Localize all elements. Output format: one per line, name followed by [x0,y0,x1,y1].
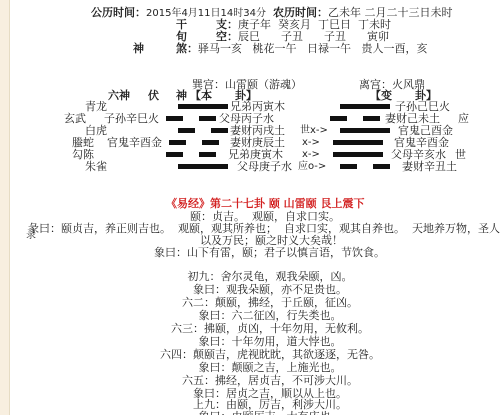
main-line-2-yin [166,116,216,121]
left-margin-strip [0,0,10,415]
hexagram-title: 《易经》第二十七卦 颐 山雷颐 艮上震下 [166,198,365,210]
xiang: 象曰：山下有雷，颐；君子以慎言语，节饮食。 [154,247,385,259]
main-line-4-marker: x-> [302,137,320,149]
main-line-6-yang [178,164,228,169]
shensha-value: 驿马一亥 桃花一午 日禄一午 贵人一酉，亥 [198,42,427,55]
shensha-row: 煞：驿马一亥 桃花一午 日禄一午 贵人一酉，亥 [176,43,427,55]
liushen-xuanwu: 玄武 [64,113,86,125]
yao-2: 六二：颠颐，拂经，于丘颐，征凶。 [40,296,500,309]
shensha-label-a: 神 [133,43,144,55]
main-line-1-yang [178,104,228,109]
col-fu: 伏 [148,90,159,102]
yao-4: 六四：颠颐吉，虎视眈眈，其欲逐逐，无咎。 [40,348,500,361]
yao-5: 六五：拂经，居贞吉，不可涉大川。 [40,374,500,387]
changed-line-6-yin [340,164,390,169]
col-liushen: 六神 [108,90,130,102]
main-line-4-yin [169,140,219,145]
yao-3-xiang: 象曰：十年勿用，道大悖也。 [40,335,500,348]
yao-1: 初九：舍尔灵龟，观我朵颐，凶。 [40,270,500,283]
yao-4-xiang: 象曰：颠颐之吉，上施光也。 [40,361,500,374]
main-line-3-yin [178,128,228,133]
main-line-5-marker: x-> [302,149,320,161]
changed-line-5-yang [333,152,383,157]
changed-line-3-yang [340,128,390,133]
changed-line-2-mark: 应 [458,113,469,125]
yao-6-xiang: 象曰：由颐厉吉，大有庆也。 [40,410,500,415]
yao-3: 六三：拂颐，贞凶，十年勿用，无攸利。 [40,322,500,335]
main-line-6-text: 父母庚子水 [237,161,292,173]
changed-line-6-text: 妻财辛丑土 [402,161,457,173]
col-shen: 神 [176,90,187,102]
main-line-3-marker: 世x-> [300,125,328,137]
yao-1-xiang: 象曰：观我朵颐，亦不足贵也。 [40,283,500,296]
yao-2-xiang: 象曰：六二征凶，行失类也。 [40,309,500,322]
fushen-line-2: 子孙辛巳火 [104,113,159,125]
liushen-zhuque: 朱雀 [85,161,107,173]
main-line-6-marker: 应o-> [298,161,326,173]
solar-time-label: 公历时间： [91,6,146,19]
main-line-5-yin [166,152,216,157]
changed-line-1-yang [340,104,390,109]
changed-line-4-yang [333,140,383,145]
shensha-label-b: 煞： [176,42,198,55]
fushen-line-4: 官鬼辛酉金 [107,137,162,149]
changed-line-2-yin [330,116,380,121]
